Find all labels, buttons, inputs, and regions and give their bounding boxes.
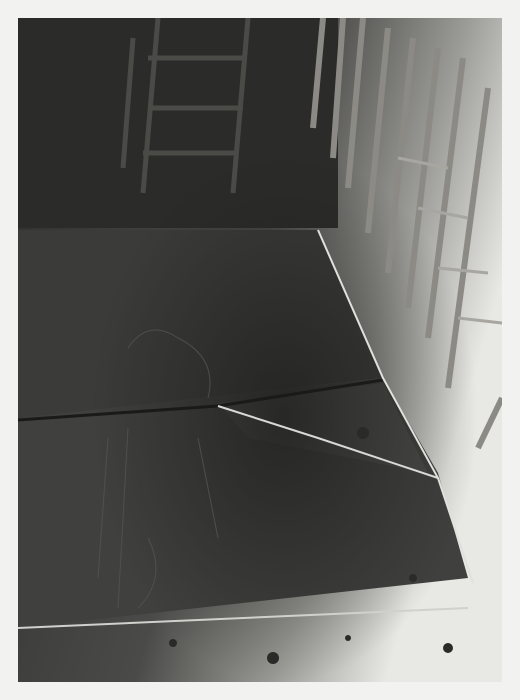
floor-scene	[18, 18, 502, 682]
photo-print: ...DEPP.RI...	[0, 0, 520, 700]
photograph	[18, 18, 502, 682]
